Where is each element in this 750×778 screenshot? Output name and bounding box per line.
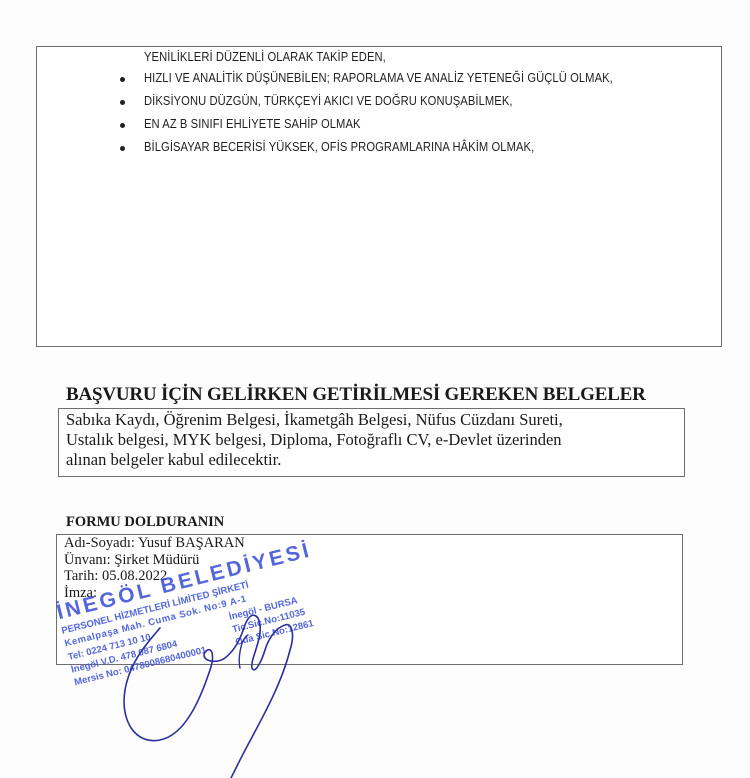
requirement-item: EN AZ B SINIFI EHLİYETE SAHİP OLMAK xyxy=(144,116,361,131)
documents-line: alınan belgeler kabul edilecektir. xyxy=(66,450,676,470)
bullet-icon xyxy=(120,100,125,105)
documents-text: Sabıka Kaydı, Öğrenim Belgesi, İkametgâh… xyxy=(66,410,676,470)
documents-heading: BAŞVURU İÇİN GELİRKEN GETİRİLMESİ GEREKE… xyxy=(66,384,646,406)
bullet-icon xyxy=(120,123,125,128)
documents-line: Sabıka Kaydı, Öğrenim Belgesi, İkametgâh… xyxy=(66,410,676,430)
documents-line: Ustalık belgesi, MYK belgesi, Diploma, F… xyxy=(66,430,676,450)
requirement-item: BİLGİSAYAR BECERİSİ YÜKSEK, OFİS PROGRAM… xyxy=(144,139,534,154)
requirement-item: DİKSİYONU DÜZGÜN, TÜRKÇEYİ AKICI VE DOĞR… xyxy=(144,93,513,108)
requirement-continuation: YENİLİKLERİ DÜZENLİ OLARAK TAKİP EDEN, xyxy=(144,49,386,64)
bullet-icon xyxy=(120,77,125,82)
documents-box: Sabıka Kaydı, Öğrenim Belgesi, İkametgâh… xyxy=(58,408,685,477)
requirements-box: YENİLİKLERİ DÜZENLİ OLARAK TAKİP EDEN, H… xyxy=(36,46,722,347)
requirement-item: HIZLI VE ANALİTİK DÜŞÜNEBİLEN; RAPORLAMA… xyxy=(144,70,613,85)
bullet-icon xyxy=(120,146,125,151)
